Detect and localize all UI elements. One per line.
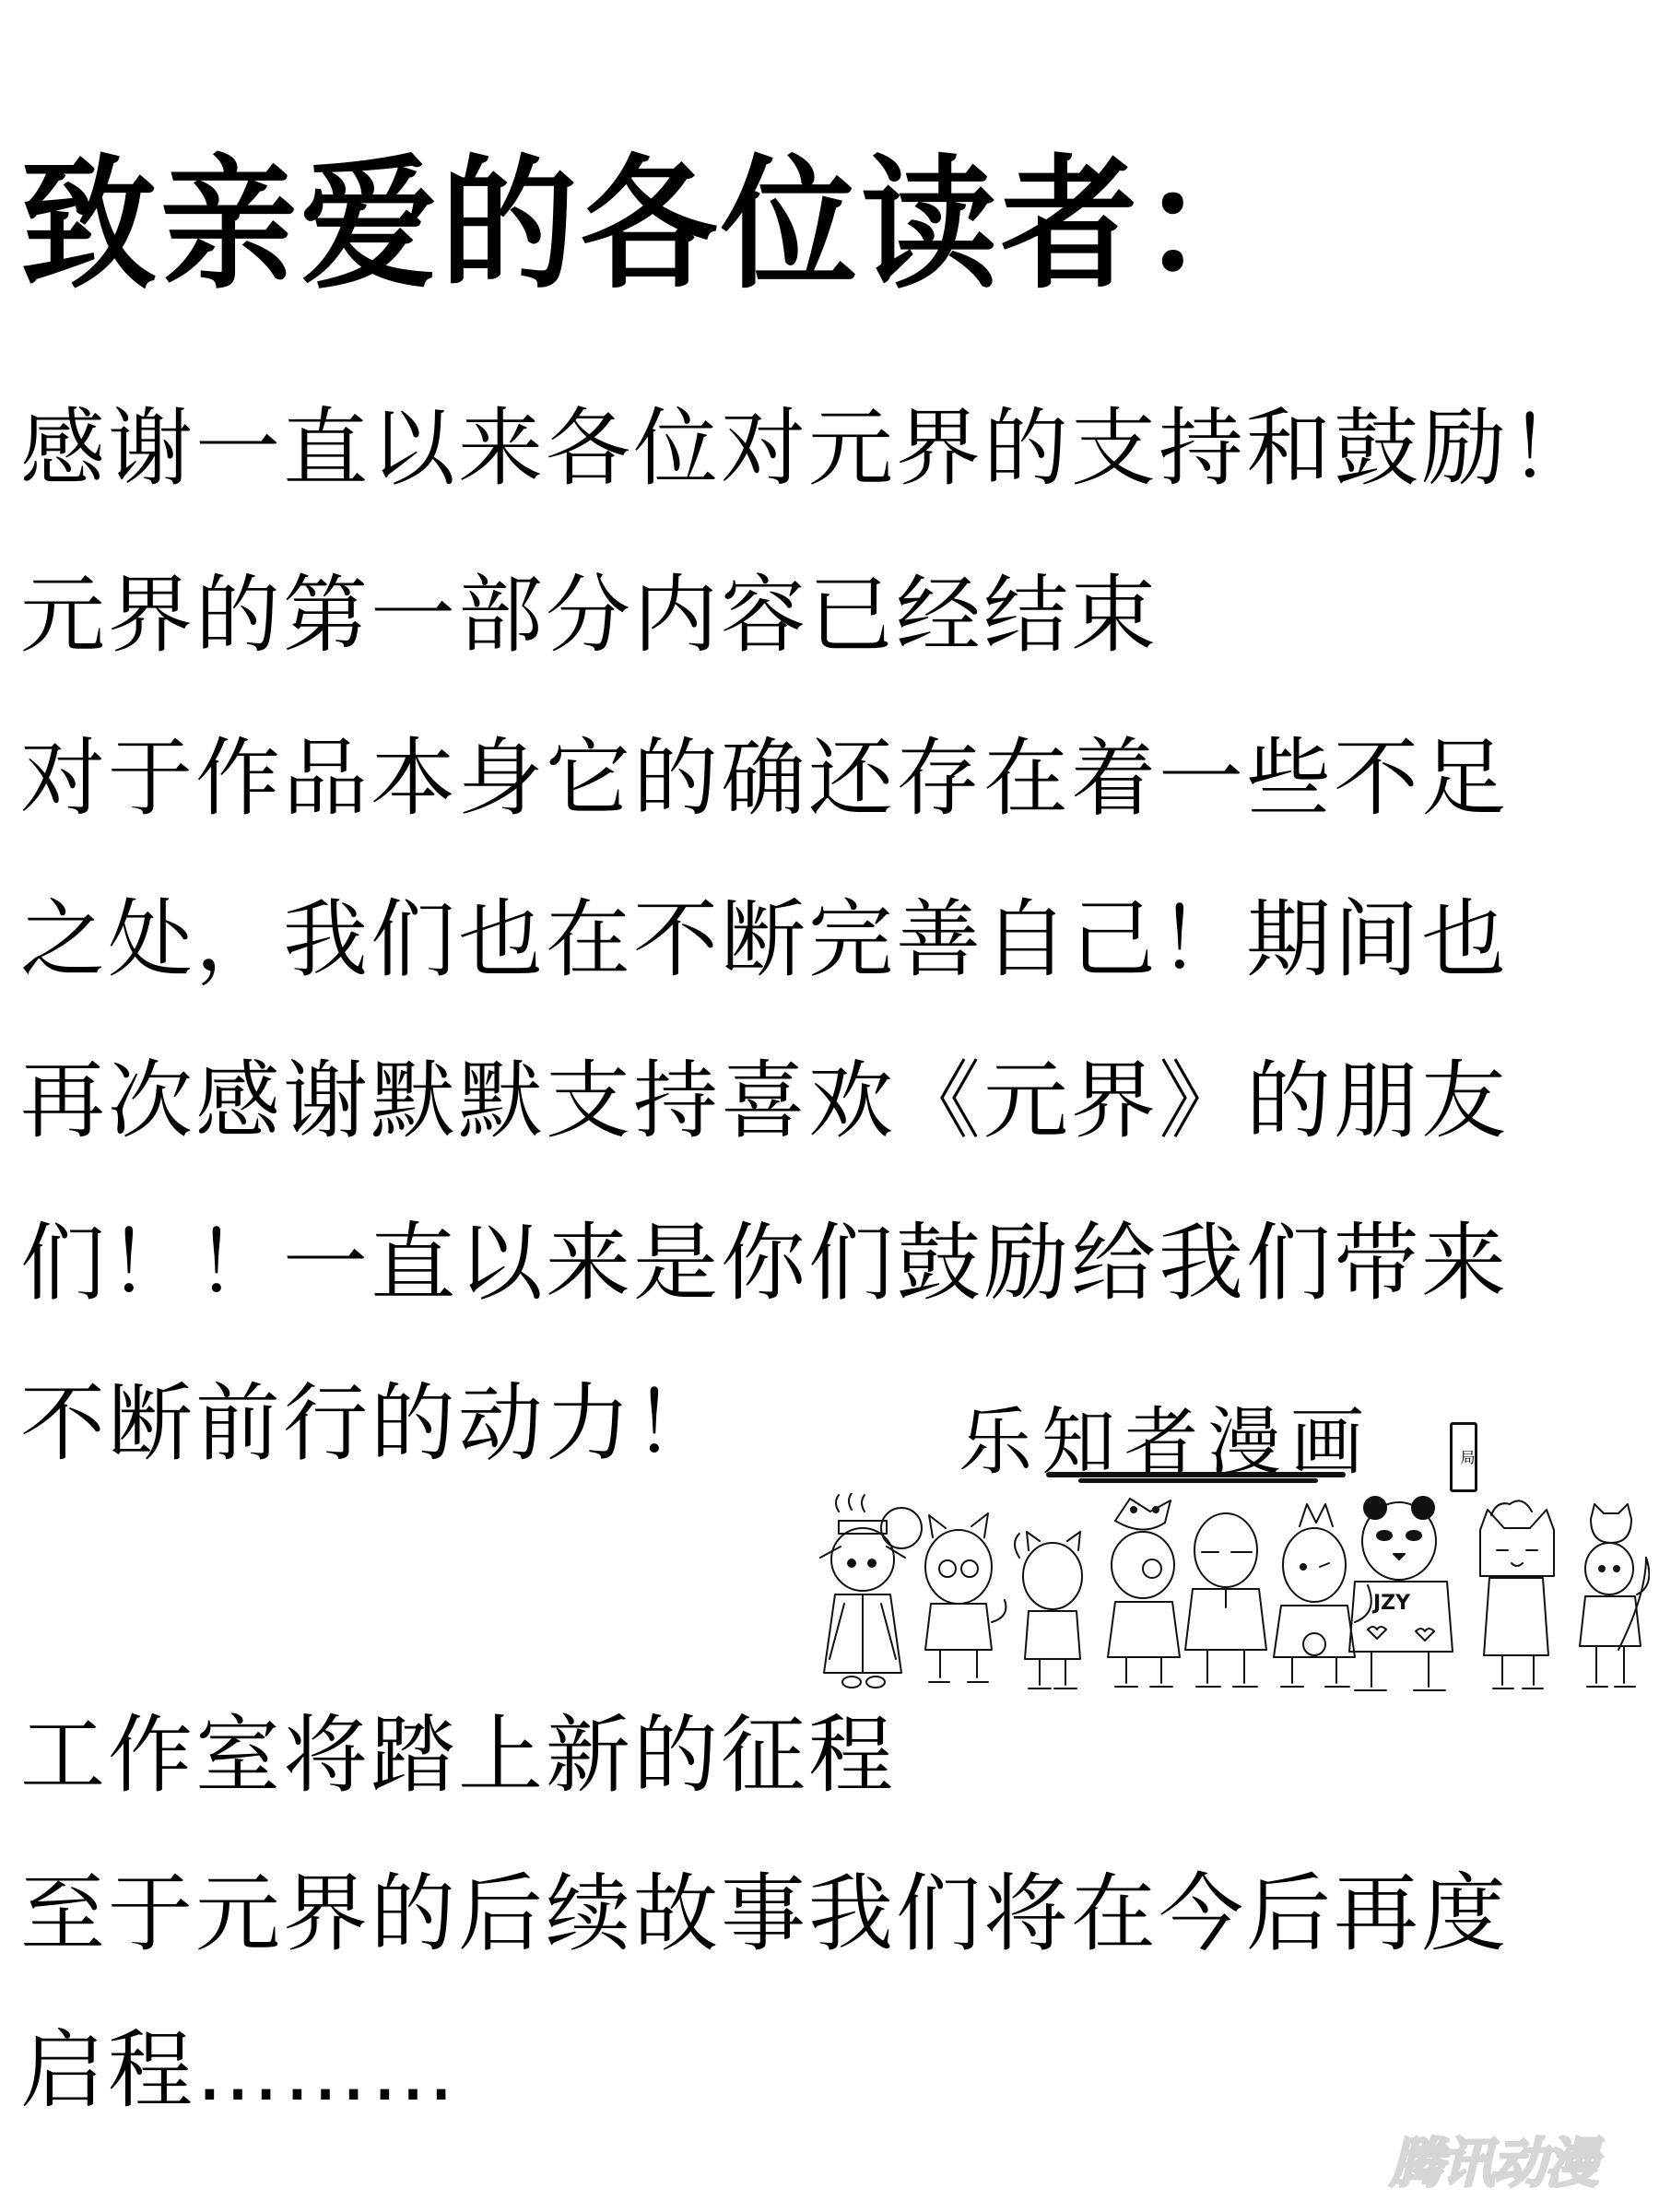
letter-title: 致亲爱的各位读者：	[20, 147, 1281, 302]
logo-underline-secondary	[1078, 1478, 1318, 1483]
mascot-illustration: JZY	[811, 1493, 1650, 1705]
mascot-glasses-man-icon	[1185, 1513, 1266, 1687]
mascot-small-boy-icon	[1015, 1532, 1082, 1688]
svg-text:JZY: JZY	[1371, 1592, 1411, 1615]
letter-line-5: 再次感谢默默支持喜欢《元界》的朋友	[20, 1051, 1509, 1152]
mascot-owl-boy-icon	[1108, 1499, 1180, 1687]
mascot-monkey-boy-icon	[1274, 1504, 1371, 1687]
logo-underline	[1046, 1472, 1346, 1477]
letter-line-4: 之处，我们也在不断完善自己！期间也	[20, 889, 1509, 991]
letter-line-1: 感谢一直以来各位对元界的支持和鼓励！	[20, 398, 1596, 500]
mascot-cat-chef-icon	[1480, 1500, 1554, 1688]
letter-line-8: 工作室将踏上新的征程	[20, 1705, 896, 1806]
mascot-panda-icon: JZY	[1349, 1497, 1453, 1690]
mascot-cat-girl-icon	[925, 1513, 1006, 1682]
mascot-caped-girl-icon	[1580, 1504, 1649, 1687]
letter-line-7: 不断前行的动力！	[20, 1373, 721, 1475]
tencent-comics-watermark: 腾讯动漫	[1390, 2120, 1596, 2197]
letter-line-3: 对于作品本身它的确还存在着一些不足	[20, 728, 1509, 829]
letter-line-10: 启程………	[20, 2020, 458, 2122]
letter-line-2: 元界的第一部分内容已经结束	[20, 565, 1159, 666]
mascot-robed-girl-icon	[820, 1493, 922, 1688]
letter-line-6: 们！！一直以来是你们鼓励给我们带来	[20, 1213, 1509, 1314]
letter-line-9: 至于元界的后续故事我们将在今后再度	[20, 1864, 1509, 1965]
studio-seal: 局	[1450, 1422, 1477, 1492]
